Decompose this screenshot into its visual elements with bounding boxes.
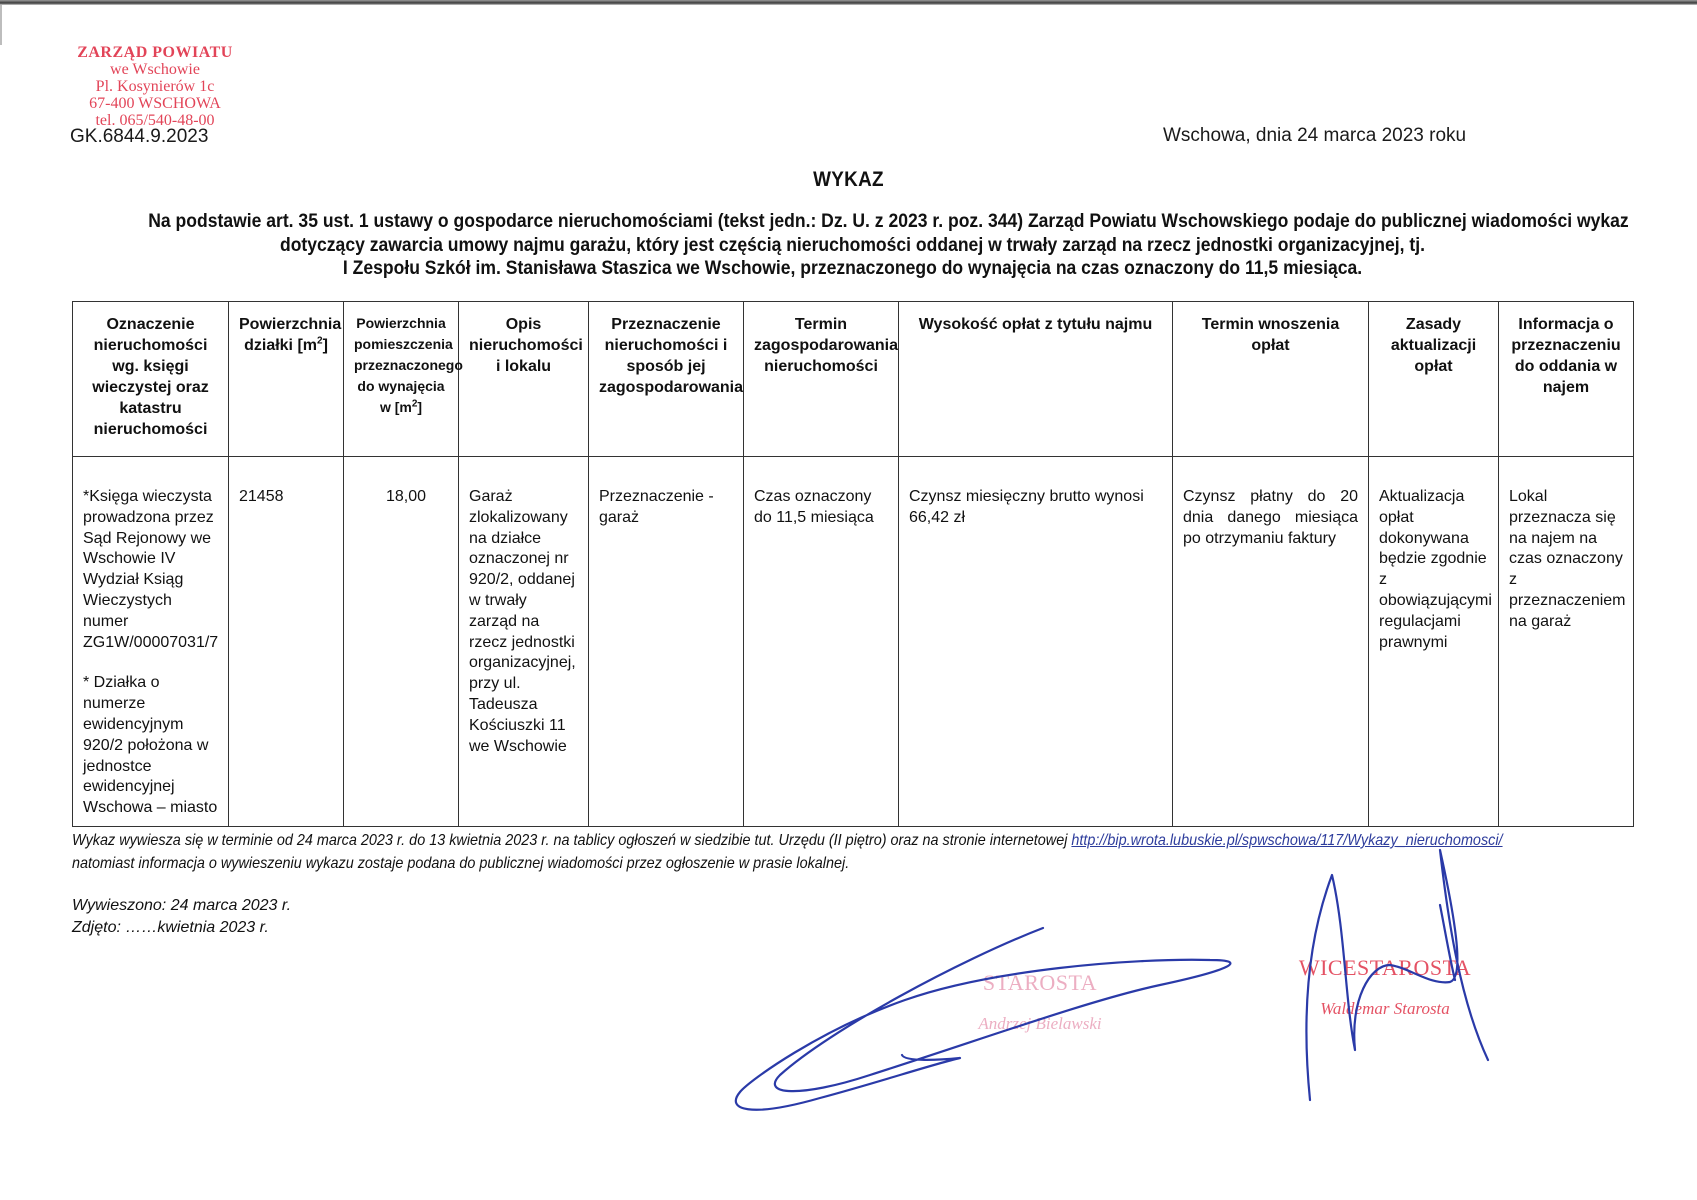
header-payment-term: Termin wnoszenia opłat (1173, 302, 1369, 457)
scan-edge-left (0, 5, 2, 45)
header-plot-area: Powierzchnia działki [m2] (229, 302, 344, 457)
starosta-role: STAROSTA (920, 970, 1160, 996)
cell-plot-area: 21458 (229, 457, 344, 827)
intro-line-3: I Zespołu Szkół im. Stanisława Staszica … (148, 257, 1557, 281)
cell-payment-term: Czynsz płatny do 20 dnia danego miesiąca… (1173, 457, 1369, 827)
header-lease-info: Informacja o przeznaczeniu do oddania w … (1499, 302, 1634, 457)
cell-lease-info: Lokal przeznacza się na najem na czas oz… (1499, 457, 1634, 827)
notice-text-2: natomiast informacja o wywieszeniu wykaz… (72, 855, 849, 872)
stamp-line-street: Pl. Kosynierów 1c (60, 78, 250, 95)
cell-description: Garaż zlokalizowany na działce oznaczone… (459, 457, 589, 827)
posting-notice: Wykaz wywiesza się w terminie od 24 marc… (72, 829, 1503, 875)
header-land-register: Oznaczenie nieruchomości wg. księgi wiec… (73, 302, 229, 457)
cell-purpose: Przeznaczenie - garaż (589, 457, 744, 827)
cell-room-area: 18,00 (344, 457, 459, 827)
intro-line-1: Na podstawie art. 35 ust. 1 ustawy o gos… (148, 210, 1557, 234)
header-fee: Wysokość opłat z tytułu najmu (899, 302, 1173, 457)
land-register-text: *Księga wieczysta prowadzona przez Sąd R… (83, 487, 218, 653)
wicestarosta-role: WICESTAROSTA (1280, 955, 1490, 981)
header-development-term: Termin zagospodarowania nieruchomości (744, 302, 899, 457)
header-purpose: Przeznaczenie nieruchomości i sposób jej… (589, 302, 744, 457)
reference-number: GK.6844.9.2023 (70, 126, 208, 148)
wicestarosta-name: Waldemar Starosta (1280, 999, 1490, 1019)
removed-date: Zdjęto: ……kwietnia 2023 r. (72, 917, 291, 939)
stamp-line-postcode: 67-400 WSCHOWA (60, 95, 250, 112)
header-description: Opis nieruchomości i lokalu (459, 302, 589, 457)
parcel-text: * Działka o numerze ewidencyjnym 920/2 p… (83, 673, 218, 819)
stamp-line-office: ZARZĄD POWIATU (60, 44, 250, 61)
cell-development-term: Czas oznaczony do 11,5 miesiąca (744, 457, 899, 827)
wicestarosta-stamp: WICESTAROSTA Waldemar Starosta (1280, 955, 1490, 1019)
header-room-area-text: Powierzchnia pomieszczenia przeznaczoneg… (354, 315, 463, 415)
posting-dates: Wywieszono: 24 marca 2023 r. Zdjęto: ……k… (72, 895, 291, 939)
cell-fee: Czynsz miesięczny brutto wynosi 66,42 zł (899, 457, 1173, 827)
header-room-area: Powierzchnia pomieszczenia przeznaczoneg… (344, 302, 459, 457)
property-table: Oznaczenie nieruchomości wg. księgi wiec… (72, 301, 1634, 827)
document-title: WYKAZ (85, 168, 1612, 192)
starosta-name: Andrzej Bielawski (920, 1014, 1160, 1034)
place-date: Wschowa, dnia 24 marca 2023 roku (1163, 125, 1466, 147)
bip-link[interactable]: http://bip.wrota.lubuskie.pl/spwschowa/1… (1071, 832, 1502, 849)
table-header-row: Oznaczenie nieruchomości wg. księgi wiec… (73, 302, 1634, 457)
cell-update-rules: Aktualizacja opłat dokonywana będzie zgo… (1369, 457, 1499, 827)
cell-land-register: *Księga wieczysta prowadzona przez Sąd R… (73, 457, 229, 827)
header-plot-area-end: ] (323, 337, 328, 354)
table-row: *Księga wieczysta prowadzona przez Sąd R… (73, 457, 1634, 827)
header-update-rules: Zasady aktualizacji opłat (1369, 302, 1499, 457)
scan-edge (0, 0, 1697, 5)
starosta-stamp: STAROSTA Andrzej Bielawski (920, 970, 1160, 1034)
notice-text-1: Wykaz wywiesza się w terminie od 24 marc… (72, 832, 1071, 849)
intro-line-2: dotyczący zawarcia umowy najmu garażu, k… (148, 234, 1557, 258)
office-stamp: ZARZĄD POWIATU we Wschowie Pl. Kosynieró… (60, 44, 250, 129)
posted-date: Wywieszono: 24 marca 2023 r. (72, 895, 291, 917)
intro-paragraph: Na podstawie art. 35 ust. 1 ustawy o gos… (148, 210, 1557, 281)
header-room-area-end: ] (417, 399, 422, 415)
stamp-line-city: we Wschowie (60, 61, 250, 78)
